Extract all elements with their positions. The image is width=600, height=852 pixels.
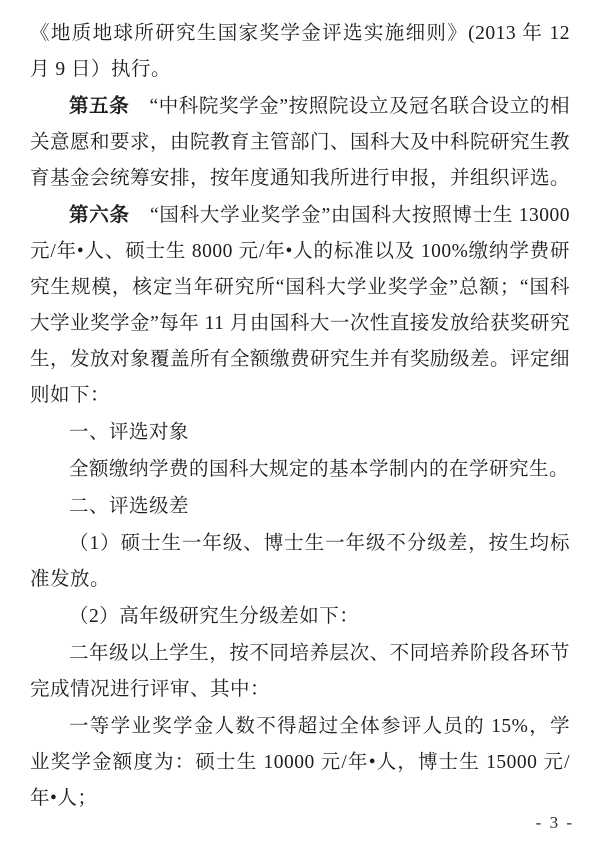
- paragraph-text: 一等学业奖学金人数不得超过全体参评人员的 15%，学业奖学金额度为：硕士生 10…: [30, 716, 570, 809]
- paragraph-item-2-detail: 二年级以上学生，按不同培养层次、不同培养阶段各环节完成情况进行评审、其中：: [30, 635, 570, 708]
- document-body: 《地质地球所研究生国家奖学金评选实施细则》(2013 年 12 月 9 日）执行…: [30, 15, 570, 817]
- paragraph-text: 全额缴纳学费的国科大规定的基本学制内的在学研究生。: [69, 459, 569, 480]
- paragraph-section-1-body: 全额缴纳学费的国科大规定的基本学制内的在学研究生。: [30, 451, 570, 488]
- paragraph-item-2: （2）高年级研究生分级差如下：: [30, 598, 570, 635]
- paragraph-text: （1）硕士生一年级、博士生一年级不分级差，按生均标准发放。: [30, 533, 570, 590]
- document-page: 《地质地球所研究生国家奖学金评选实施细则》(2013 年 12 月 9 日）执行…: [0, 0, 600, 852]
- article-5-heading: 第五条: [69, 95, 149, 117]
- paragraph-first-class-award: 一等学业奖学金人数不得超过全体参评人员的 15%，学业奖学金额度为：硕士生 10…: [30, 708, 570, 817]
- paragraph-article-5: 第五条 “中科院奖学金”按照院设立及冠名联合设立的相关意愿和要求，由院教育主管部…: [30, 88, 570, 197]
- paragraph-continuation: 《地质地球所研究生国家奖学金评选实施细则》(2013 年 12 月 9 日）执行…: [30, 15, 570, 88]
- paragraph-text: 二年级以上学生，按不同培养层次、不同培养阶段各环节完成情况进行评审、其中：: [30, 643, 570, 700]
- article-6-heading: 第六条: [69, 204, 150, 226]
- paragraph-text: 《地质地球所研究生国家奖学金评选实施细则》(2013 年 12 月 9 日）执行…: [30, 23, 570, 80]
- paragraph-text: （2）高年级研究生分级差如下：: [69, 606, 359, 627]
- paragraph-text: 二、评选级差: [69, 496, 189, 517]
- paragraph-section-1-heading: 一、评选对象: [30, 414, 570, 451]
- paragraph-text: “国科大学业奖学金”由国科大按照博士生 13000 元/年•人、硕士生 8000…: [30, 205, 570, 406]
- paragraph-article-6: 第六条 “国科大学业奖学金”由国科大按照博士生 13000 元/年•人、硕士生 …: [30, 197, 570, 414]
- paragraph-text: 一、评选对象: [69, 422, 189, 443]
- paragraph-item-1: （1）硕士生一年级、博士生一年级不分级差，按生均标准发放。: [30, 525, 570, 598]
- page-number: - 3 -: [536, 810, 574, 836]
- paragraph-section-2-heading: 二、评选级差: [30, 488, 570, 525]
